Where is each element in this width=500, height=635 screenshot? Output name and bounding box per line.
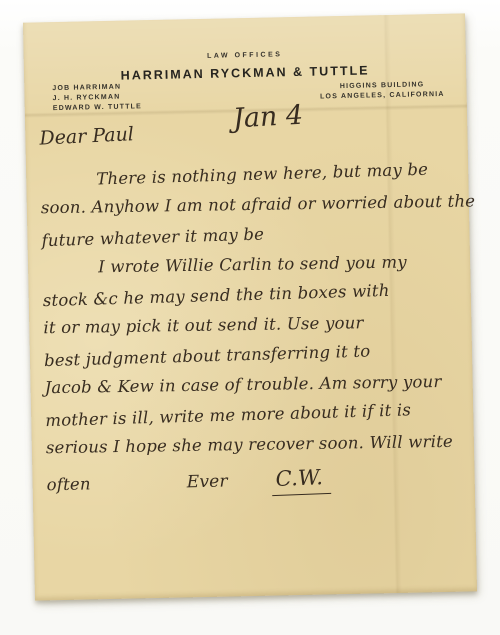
letter-closing: Ever (186, 467, 228, 498)
letter-date: Jan 4 (232, 100, 304, 135)
body-line: often (46, 469, 91, 500)
letterhead-city: LOS ANGELES, CALIFORNIA (320, 90, 445, 103)
letter-body: There is nothing new here, but may be so… (40, 156, 463, 503)
letter-salutation: Dear Paul (39, 123, 134, 149)
letterhead-attorney-list: JOB HARRIMAN J. H. RYCKMAN EDWARD W. TUT… (52, 82, 142, 114)
attorney-name: EDWARD W. TUTTLE (53, 102, 142, 114)
body-line: serious I hope she may recover soon. Wil… (46, 427, 462, 464)
closing-row: often Ever C.W. (46, 460, 463, 503)
letterhead-office-type: LAW OFFICES (24, 47, 466, 63)
letter-signature: C.W. (271, 462, 332, 496)
letter-paper: LAW OFFICES HARRIMAN RYCKMAN & TUTTLE JO… (23, 13, 477, 600)
letterhead-address: HIGGINS BUILDING LOS ANGELES, CALIFORNIA (320, 80, 445, 103)
